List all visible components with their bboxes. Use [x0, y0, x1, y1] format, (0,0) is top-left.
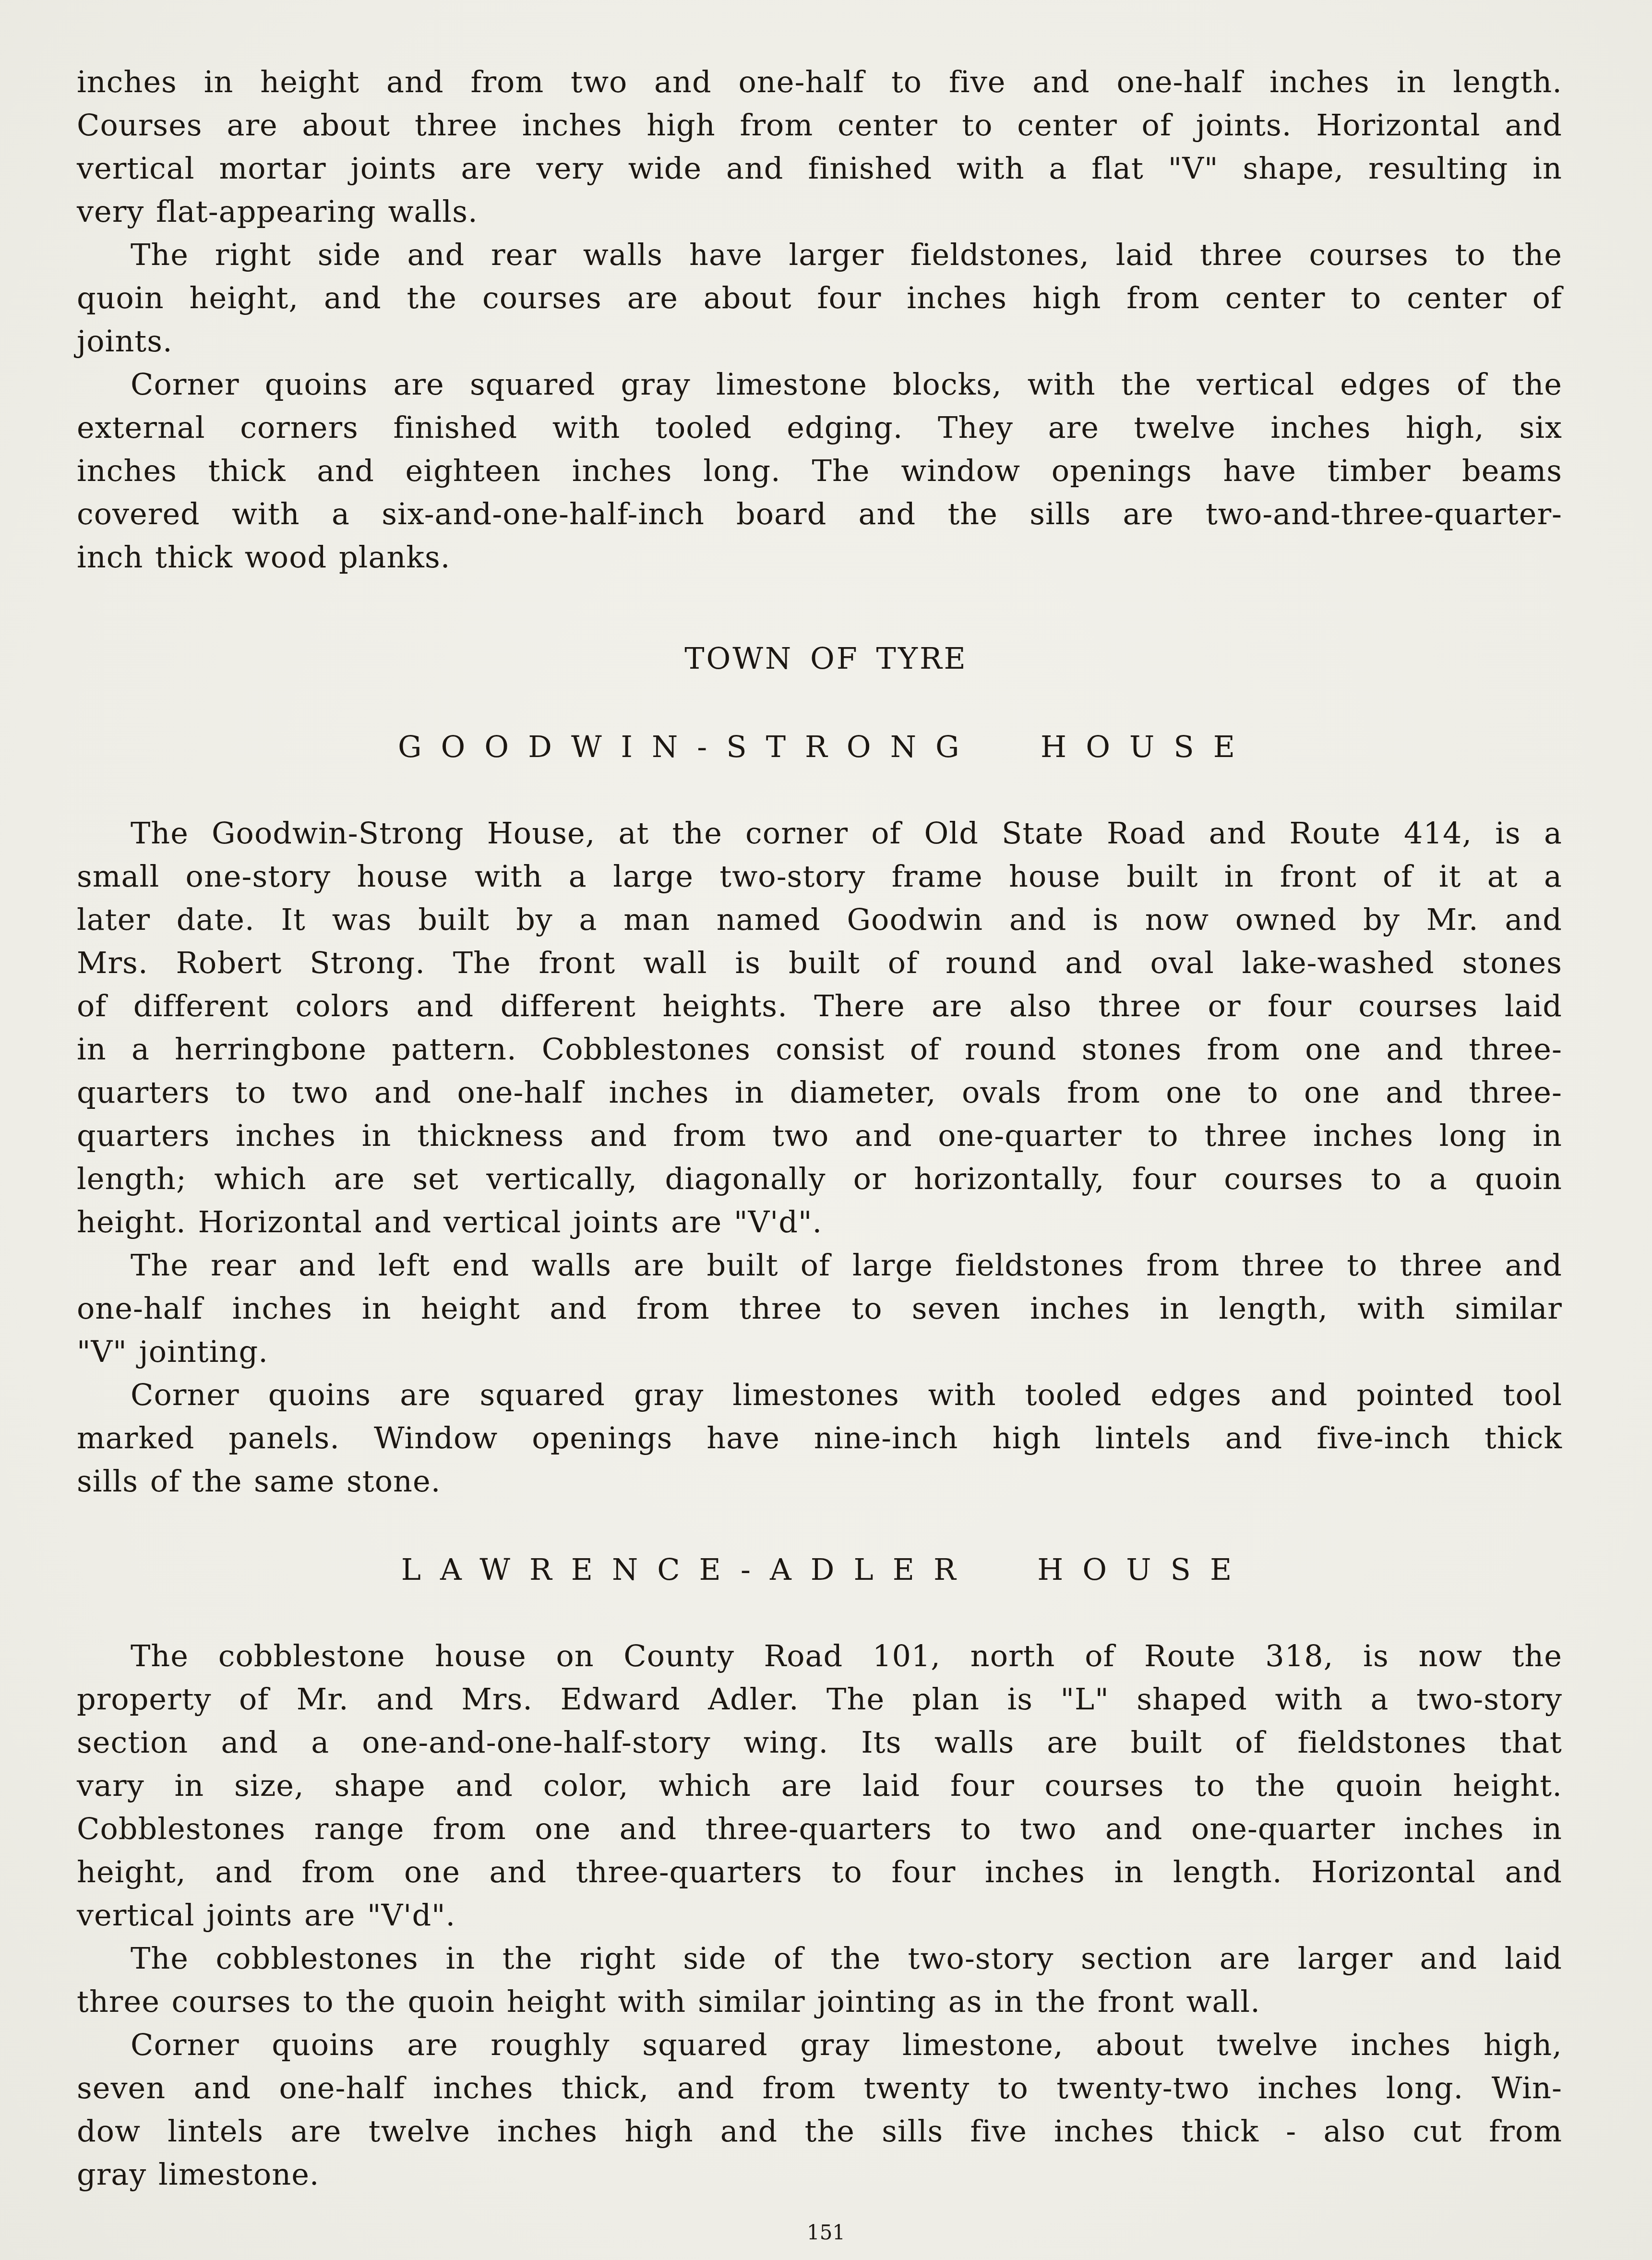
text-line: The cobblestone house on County Road 101… — [131, 1635, 1562, 1678]
text-line: The right side and rear walls have large… — [131, 233, 1562, 276]
text-line: "V" jointing. — [77, 1330, 1562, 1373]
text-line: sills of the same stone. — [77, 1460, 1562, 1503]
text-line: The Goodwin-Strong House, at the corner … — [131, 812, 1562, 855]
text-line: Corner quoins are squared gray limestone… — [131, 363, 1562, 406]
text-line: inches thick and eighteen inches long. T… — [77, 449, 1562, 493]
text-line: Cobblestones range from one and three-qu… — [77, 1807, 1562, 1851]
text-line: Mrs. Robert Strong. The front wall is bu… — [77, 941, 1562, 985]
text-line: three courses to the quoin height with s… — [77, 1980, 1562, 2023]
text-line: vary in size, shape and color, which are… — [77, 1764, 1562, 1807]
text-line: vertical mortar joints are very wide and… — [77, 147, 1562, 190]
text-line: one-half inches in height and from three… — [77, 1287, 1562, 1330]
text-line: of different colors and different height… — [77, 985, 1562, 1028]
text-line: quoin height, and the courses are about … — [77, 276, 1562, 320]
text-line: very flat-appearing walls. — [77, 190, 1562, 233]
text-line: height, and from one and three-quarters … — [77, 1851, 1562, 1894]
text-line: in a herringbone pattern. Cobblestones c… — [77, 1028, 1562, 1071]
house-heading-lawrence-adler: LAWRENCE-ADLER HOUSE — [0, 1548, 1652, 1591]
text-line: gray limestone. — [77, 2153, 1562, 2196]
text-line: external corners finished with tooled ed… — [77, 406, 1562, 449]
text-line: inches in height and from two and one-ha… — [77, 60, 1562, 104]
text-line: property of Mr. and Mrs. Edward Adler. T… — [77, 1678, 1562, 1721]
text-line: inch thick wood planks. — [77, 536, 1562, 579]
text-line: The cobblestones in the right side of th… — [131, 1937, 1562, 1980]
text-line: vertical joints are "V'd". — [77, 1894, 1562, 1937]
text-line: dow lintels are twelve inches high and t… — [77, 2110, 1562, 2153]
text-line: length; which are set vertically, diagon… — [77, 1157, 1562, 1201]
text-line: seven and one-half inches thick, and fro… — [77, 2067, 1562, 2110]
text-line: quarters inches in thickness and from tw… — [77, 1114, 1562, 1157]
text-line: small one-story house with a large two-s… — [77, 855, 1562, 898]
text-line: quarters to two and one-half inches in d… — [77, 1071, 1562, 1114]
text-line: height. Horizontal and vertical joints a… — [77, 1201, 1562, 1244]
text-line: covered with a six-and-one-half-inch boa… — [77, 493, 1562, 536]
text-line: marked panels. Window openings have nine… — [77, 1417, 1562, 1460]
text-line: The rear and left end walls are built of… — [131, 1244, 1562, 1287]
text-line: Corner quoins are squared gray limestone… — [131, 1373, 1562, 1417]
text-line: Corner quoins are roughly squared gray l… — [131, 2023, 1562, 2067]
text-line: Courses are about three inches high from… — [77, 104, 1562, 147]
house-heading-goodwin-strong: GOODWIN-STRONG HOUSE — [0, 725, 1652, 769]
text-line: section and a one-and-one-half-story win… — [77, 1721, 1562, 1764]
section-heading-town-of-tyre: TOWN OF TYRE — [0, 637, 1652, 680]
text-line: later date. It was built by a man named … — [77, 898, 1562, 941]
page-number: 151 — [0, 2218, 1652, 2247]
document-page: inches in height and from two and one-ha… — [0, 0, 1652, 2260]
text-line: joints. — [77, 320, 1562, 363]
